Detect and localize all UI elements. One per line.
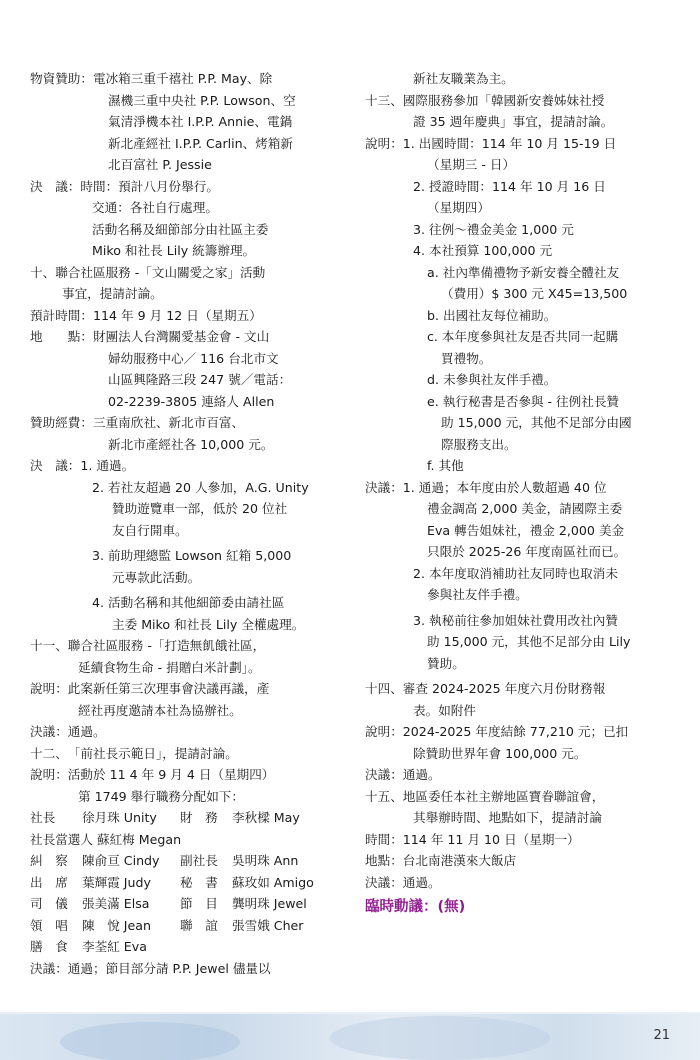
line-text: 1. 通過；本年度由於人數超過 40 位 bbox=[403, 477, 607, 499]
line-text: 其舉辦時間、地點如下，提請討論 bbox=[413, 807, 602, 829]
line-label: 決 議： bbox=[30, 176, 80, 198]
name-2: 龔明珠 Jewel bbox=[232, 893, 307, 915]
text-line: 北百富社 P. Jessie bbox=[30, 154, 340, 176]
text-line: d. 未參與社友伴手禮。 bbox=[365, 369, 675, 391]
text-line: c. 本年度參與社友是否共同一起購 bbox=[365, 326, 675, 348]
text-line: 決議：通過。 bbox=[30, 721, 340, 743]
line-text: 事宜，提請討論。 bbox=[62, 283, 163, 305]
line-text: 贊助遊覽車一部，低於 20 位社 bbox=[112, 498, 287, 520]
line-text: 禮金調高 2,000 美金，請國際主委 bbox=[427, 498, 622, 520]
text-line: Eva 轉告姐妹社，禮金 2,000 美金 bbox=[365, 520, 675, 542]
line-label: 決議： bbox=[30, 958, 68, 980]
text-line: 4. 本社預算 100,000 元 bbox=[365, 240, 675, 262]
role: 社長當選人 bbox=[30, 829, 93, 851]
line-label: 地 點： bbox=[30, 326, 93, 348]
line-text: 2. 本年度取消補助社友同時也取消未 bbox=[413, 563, 618, 585]
text-line: 禮金調高 2,000 美金，請國際主委 bbox=[365, 498, 675, 520]
text-line: 地 點：財團法人台灣關愛基金會 - 文山 bbox=[30, 326, 340, 348]
text-line: 2. 授證時間：114 年 10 月 16 日 bbox=[365, 176, 675, 198]
duty-row: 社長徐月珠 Unity財 務李秋樑 May bbox=[30, 807, 340, 829]
line-label: 預計時間： bbox=[30, 305, 93, 327]
line-label: 說明： bbox=[30, 764, 68, 786]
line-text: （星期四） bbox=[427, 197, 490, 219]
line-text: 4. 活動名稱和其他細節委由請社區 bbox=[92, 592, 284, 614]
text-line: 際服務支出。 bbox=[365, 434, 675, 456]
line-text: 除贊助世界年會 100,000 元。 bbox=[413, 743, 586, 765]
line-text: Miko 和社長 Lily 統籌辦理。 bbox=[92, 240, 255, 262]
text-line: 決議：1. 通過；本年度由於人數超過 40 位 bbox=[365, 477, 675, 499]
text-line: 3. 執秘前往參加姐妹社費用改社內贊 bbox=[365, 610, 675, 632]
line-text: 1. 通過。 bbox=[80, 455, 134, 477]
line-text: 2. 授證時間：114 年 10 月 16 日 bbox=[413, 176, 606, 198]
text-line: 交通：各社自行處理。 bbox=[30, 197, 340, 219]
line-text: 通過。 bbox=[68, 721, 106, 743]
text-line: 說明：活動於 11 4 年 9 月 4 日（星期四） bbox=[30, 764, 340, 786]
role: 社長 bbox=[30, 807, 82, 829]
line-label: 決議： bbox=[365, 872, 403, 894]
text-line: 決 議：時間：預計八月份舉行。 bbox=[30, 176, 340, 198]
text-line: 元專款此活動。 bbox=[30, 567, 340, 589]
text-line: 決議：通過。 bbox=[365, 764, 675, 786]
name: 李荃紅 Eva bbox=[82, 936, 147, 958]
page-number: 21 bbox=[653, 1028, 670, 1043]
text-line: 表。如附件 bbox=[365, 700, 675, 722]
line-text: 2024-2025 年度結餘 77,210 元；已扣 bbox=[403, 721, 628, 743]
line-text: 北百富社 P. Jessie bbox=[108, 154, 212, 176]
text-line: 參與社友伴手禮。 bbox=[365, 584, 675, 606]
line-label: 十、 bbox=[30, 262, 55, 284]
role: 出 席 bbox=[30, 872, 82, 894]
line-text: 審查 2024-2025 年度六月份財務報 bbox=[403, 678, 606, 700]
role-2: 財 務 bbox=[180, 807, 232, 829]
text-line: a. 社內準備禮物予新安養全體社友 bbox=[365, 262, 675, 284]
duty-row: 糾 察陳俞亘 Cindy副社長吳明珠 Ann bbox=[30, 850, 340, 872]
left-column: 物資贊助：電冰箱三重千禧社 P.P. May、除濕機三重中央社 P.P. Low… bbox=[30, 68, 340, 979]
line-text: （星期三 - 日） bbox=[427, 154, 515, 176]
line-text: 經社再度邀請本社為協辦社。 bbox=[78, 700, 242, 722]
line-text: 3. 往例～禮金美金 1,000 元 bbox=[413, 219, 574, 241]
text-line: f. 其他 bbox=[365, 455, 675, 477]
line-text: 3. 執秘前往參加姐妹社費用改社內贊 bbox=[413, 610, 618, 632]
line-text: 助 15,000 元，其他不足部分由 Lily bbox=[427, 631, 630, 653]
line-label: 十四、 bbox=[365, 678, 403, 700]
text-line: 十二、「前社長示範日」，提請討論。 bbox=[30, 743, 340, 765]
decorative-blot bbox=[60, 1022, 240, 1060]
line-text: 新社友職業為主。 bbox=[413, 68, 514, 90]
line-label: 決議： bbox=[30, 721, 68, 743]
line-label: 物資贊助： bbox=[30, 68, 93, 90]
line-text: 山區興隆路三段 247 號／電話： bbox=[108, 369, 291, 391]
line-text: 台北南港漢來大飯店 bbox=[403, 850, 516, 872]
resolution-line: 決議：通過；節目部分請 P.P. Jewel 儘量以 bbox=[30, 958, 340, 980]
line-text: 證 35 週年慶典」事宜，提請討論。 bbox=[413, 111, 613, 133]
role-2: 聯 誼 bbox=[180, 915, 232, 937]
duty-row: 領 唱陳 悅 Jean聯 誼張雪娥 Cher bbox=[30, 915, 340, 937]
name-2: 李秋樑 May bbox=[232, 807, 300, 829]
duty-row: 社長當選人蘇紅梅 Megan bbox=[30, 829, 340, 851]
text-line: 說明：2024-2025 年度結餘 77,210 元；已扣 bbox=[365, 721, 675, 743]
text-line: 活動名稱及細節部分由社區主委 bbox=[30, 219, 340, 241]
text-line: 決 議：1. 通過。 bbox=[30, 455, 340, 477]
line-text: 贊助。 bbox=[427, 653, 465, 675]
text-line: 贊助。 bbox=[365, 653, 675, 675]
name-2: 吳明珠 Ann bbox=[232, 850, 298, 872]
role: 膳 食 bbox=[30, 936, 82, 958]
duty-row: 膳 食李荃紅 Eva bbox=[30, 936, 340, 958]
right-column: 新社友職業為主。十三、國際服務參加「韓國新安養姊妹社授證 35 週年慶典」事宜，… bbox=[365, 68, 675, 919]
text-line: 說明：1. 出國時間：114 年 10 月 15-19 日 bbox=[365, 133, 675, 155]
line-text: 活動名稱及細節部分由社區主委 bbox=[92, 219, 268, 241]
line-text: 114 年 11 月 10 日（星期一） bbox=[403, 829, 580, 851]
duty-row: 司 儀張美滿 Elsa節 目龔明珠 Jewel bbox=[30, 893, 340, 915]
line-text: 延續食物生命 - 捐贈白米計劃」。 bbox=[78, 657, 261, 679]
line-label: 時間： bbox=[365, 829, 403, 851]
line-text: 活動於 11 4 年 9 月 4 日（星期四） bbox=[68, 764, 275, 786]
role: 領 唱 bbox=[30, 915, 82, 937]
name: 陳 悅 Jean bbox=[82, 915, 180, 937]
name: 陳俞亘 Cindy bbox=[82, 850, 180, 872]
text-line: 十三、國際服務參加「韓國新安養姊妹社授 bbox=[365, 90, 675, 112]
text-line: 證 35 週年慶典」事宜，提請討論。 bbox=[365, 111, 675, 133]
line-text: 通過。 bbox=[403, 764, 441, 786]
line-label: 決 議： bbox=[30, 455, 80, 477]
text-line: 2. 若社友超過 20 人參加，A.G. Unity bbox=[30, 477, 340, 499]
line-label: 說明： bbox=[30, 678, 68, 700]
text-line: 十四、審查 2024-2025 年度六月份財務報 bbox=[365, 678, 675, 700]
text-line: 說明：此案新任第三次理事會決議再議，產 bbox=[30, 678, 340, 700]
text-line: 經社再度邀請本社為協辦社。 bbox=[30, 700, 340, 722]
text-line: 婦幼服務中心／ 116 台北市文 bbox=[30, 348, 340, 370]
line-text: 電冰箱三重千禧社 P.P. May、除 bbox=[93, 68, 272, 90]
line-text: 婦幼服務中心／ 116 台北市文 bbox=[108, 348, 279, 370]
line-label: 決議： bbox=[365, 764, 403, 786]
line-text: 114 年 9 月 12 日（星期五） bbox=[93, 305, 262, 327]
text-line: 贊助經費：三重南欣社、新北市百富、 bbox=[30, 412, 340, 434]
line-text: 聯合社區服務 -「文山關愛之家」活動 bbox=[55, 262, 265, 284]
line-label: 贊助經費： bbox=[30, 412, 93, 434]
name: 張美滿 Elsa bbox=[82, 893, 180, 915]
line-text: 02-2239-3805 連絡人 Allen bbox=[108, 391, 274, 413]
line-text: 助 15,000 元，其他不足部分由國 bbox=[441, 412, 632, 434]
text-line: 贊助遊覽車一部，低於 20 位社 bbox=[30, 498, 340, 520]
line-text: 4. 本社預算 100,000 元 bbox=[413, 240, 552, 262]
line-text: 聯合社區服務 -「打造無飢餓社區， bbox=[68, 635, 265, 657]
line-text: 國際服務參加「韓國新安養姊妹社授 bbox=[403, 90, 605, 112]
text-line: 主委 Miko 和社長 Lily 全權處理。 bbox=[30, 614, 340, 636]
line-text: b. 出國社友每位補助。 bbox=[427, 305, 556, 327]
line-text: 第 1749 舉行職務分配如下： bbox=[78, 786, 244, 808]
line-label: 十三、 bbox=[365, 90, 403, 112]
line-text: 通過。 bbox=[403, 872, 441, 894]
line-text: 參與社友伴手禮。 bbox=[427, 584, 528, 606]
text-line: （星期四） bbox=[365, 197, 675, 219]
text-line: 時間：114 年 11 月 10 日（星期一） bbox=[365, 829, 675, 851]
line-text: 此案新任第三次理事會決議再議，產 bbox=[68, 678, 270, 700]
line-text: 新北產經社 I.P.P. Carlin、烤箱新 bbox=[108, 133, 293, 155]
line-text: 濕機三重中央社 P.P. Lowson、空 bbox=[108, 90, 296, 112]
line-text: 「前社長示範日」，提請討論。 bbox=[68, 743, 238, 765]
line-label: 地點： bbox=[365, 850, 403, 872]
decorative-blot bbox=[330, 1016, 550, 1060]
text-line: 山區興隆路三段 247 號／電話： bbox=[30, 369, 340, 391]
text-line: 新北產經社 I.P.P. Carlin、烤箱新 bbox=[30, 133, 340, 155]
text-line: 預計時間：114 年 9 月 12 日（星期五） bbox=[30, 305, 340, 327]
name: 徐月珠 Unity bbox=[82, 807, 180, 829]
text-line: 十一、聯合社區服務 -「打造無飢餓社區， bbox=[30, 635, 340, 657]
line-text: （費用）$ 300 元 X45=13,500 bbox=[441, 283, 627, 305]
line-text: e. 執行秘書是否參與 - 往例社長贊 bbox=[427, 391, 619, 413]
text-line: 物資贊助：電冰箱三重千禧社 P.P. May、除 bbox=[30, 68, 340, 90]
text-line: 氣清淨機本社 I.P.P. Annie、電鍋 bbox=[30, 111, 340, 133]
text-line: 友自行開車。 bbox=[30, 520, 340, 542]
text-line: 濕機三重中央社 P.P. Lowson、空 bbox=[30, 90, 340, 112]
line-label: 說明： bbox=[365, 721, 403, 743]
line-text: 友自行開車。 bbox=[112, 520, 188, 542]
line-text: 際服務支出。 bbox=[441, 434, 517, 456]
text-line: 新北市產經社各 10,000 元。 bbox=[30, 434, 340, 456]
text-line: 新社友職業為主。 bbox=[365, 68, 675, 90]
line-text: 2. 若社友超過 20 人參加，A.G. Unity bbox=[92, 477, 309, 499]
line-text: 只限於 2025-26 年度南區社而已。 bbox=[427, 541, 626, 563]
text-line: 延續食物生命 - 捐贈白米計劃」。 bbox=[30, 657, 340, 679]
line-text: f. 其他 bbox=[427, 455, 464, 477]
text-line: 其舉辦時間、地點如下，提請討論 bbox=[365, 807, 675, 829]
line-text: 三重南欣社、新北市百富、 bbox=[93, 412, 244, 434]
text-line: 地點：台北南港漢來大飯店 bbox=[365, 850, 675, 872]
text-line: 決議：通過。 bbox=[365, 872, 675, 894]
text-line: 事宜，提請討論。 bbox=[30, 283, 340, 305]
text-line: （星期三 - 日） bbox=[365, 154, 675, 176]
text-line: 只限於 2025-26 年度南區社而已。 bbox=[365, 541, 675, 563]
text-line: 第 1749 舉行職務分配如下： bbox=[30, 786, 340, 808]
text-line: 買禮物。 bbox=[365, 348, 675, 370]
text-line: b. 出國社友每位補助。 bbox=[365, 305, 675, 327]
line-text: 3. 前助理總監 Lowson 紅箱 5,000 bbox=[92, 545, 291, 567]
extempore-motion-heading: 臨時動議：(無) bbox=[365, 897, 675, 919]
line-text: 氣清淨機本社 I.P.P. Annie、電鍋 bbox=[108, 111, 292, 133]
text-line: 4. 活動名稱和其他細節委由請社區 bbox=[30, 592, 340, 614]
name-2: 蘇玫如 Amigo bbox=[232, 872, 314, 894]
role: 司 儀 bbox=[30, 893, 82, 915]
text-line: 十五、地區委任本社主辦地區寶眷聯誼會， bbox=[365, 786, 675, 808]
line-label: 決議： bbox=[365, 477, 403, 499]
line-text: 元專款此活動。 bbox=[112, 567, 200, 589]
line-text: 新北市產經社各 10,000 元。 bbox=[108, 434, 273, 456]
line-label: 說明： bbox=[365, 133, 403, 155]
text-line: 除贊助世界年會 100,000 元。 bbox=[365, 743, 675, 765]
name: 葉輝霞 Judy bbox=[82, 872, 180, 894]
text-line: （費用）$ 300 元 X45=13,500 bbox=[365, 283, 675, 305]
text-line: 助 15,000 元，其他不足部分由國 bbox=[365, 412, 675, 434]
line-text: 通過；節目部分請 P.P. Jewel 儘量以 bbox=[68, 958, 271, 980]
role-2: 節 目 bbox=[180, 893, 232, 915]
line-text: 交通：各社自行處理。 bbox=[92, 197, 218, 219]
role-2: 秘 書 bbox=[180, 872, 232, 894]
line-text: 表。如附件 bbox=[413, 700, 476, 722]
line-label: 十五、 bbox=[365, 786, 403, 808]
line-text: a. 社內準備禮物予新安養全體社友 bbox=[427, 262, 619, 284]
line-text: Eva 轉告姐妹社，禮金 2,000 美金 bbox=[427, 520, 624, 542]
footer-watercolor-band bbox=[0, 1012, 700, 1060]
name-2: 張雪娥 Cher bbox=[232, 915, 304, 937]
text-line: Miko 和社長 Lily 統籌辦理。 bbox=[30, 240, 340, 262]
line-text: 1. 出國時間：114 年 10 月 15-19 日 bbox=[403, 133, 616, 155]
line-text: 主委 Miko 和社長 Lily 全權處理。 bbox=[112, 614, 304, 636]
role: 糾 察 bbox=[30, 850, 82, 872]
text-line: 3. 前助理總監 Lowson 紅箱 5,000 bbox=[30, 545, 340, 567]
line-text: 地區委任本社主辦地區寶眷聯誼會， bbox=[403, 786, 605, 808]
name: 蘇紅梅 Megan bbox=[97, 829, 181, 851]
text-line: 十、聯合社區服務 -「文山關愛之家」活動 bbox=[30, 262, 340, 284]
text-line: 助 15,000 元，其他不足部分由 Lily bbox=[365, 631, 675, 653]
line-label: 十二、 bbox=[30, 743, 68, 765]
duty-row: 出 席葉輝霞 Judy秘 書蘇玫如 Amigo bbox=[30, 872, 340, 894]
text-line: 3. 往例～禮金美金 1,000 元 bbox=[365, 219, 675, 241]
role-2: 副社長 bbox=[180, 850, 232, 872]
text-line: e. 執行秘書是否參與 - 往例社長贊 bbox=[365, 391, 675, 413]
text-line: 2. 本年度取消補助社友同時也取消未 bbox=[365, 563, 675, 585]
line-text: 買禮物。 bbox=[441, 348, 491, 370]
line-text: c. 本年度參與社友是否共同一起購 bbox=[427, 326, 618, 348]
line-text: 財團法人台灣關愛基金會 - 文山 bbox=[93, 326, 269, 348]
line-label: 十一、 bbox=[30, 635, 68, 657]
line-text: d. 未參與社友伴手禮。 bbox=[427, 369, 556, 391]
text-line: 02-2239-3805 連絡人 Allen bbox=[30, 391, 340, 413]
line-text: 時間：預計八月份舉行。 bbox=[80, 176, 219, 198]
